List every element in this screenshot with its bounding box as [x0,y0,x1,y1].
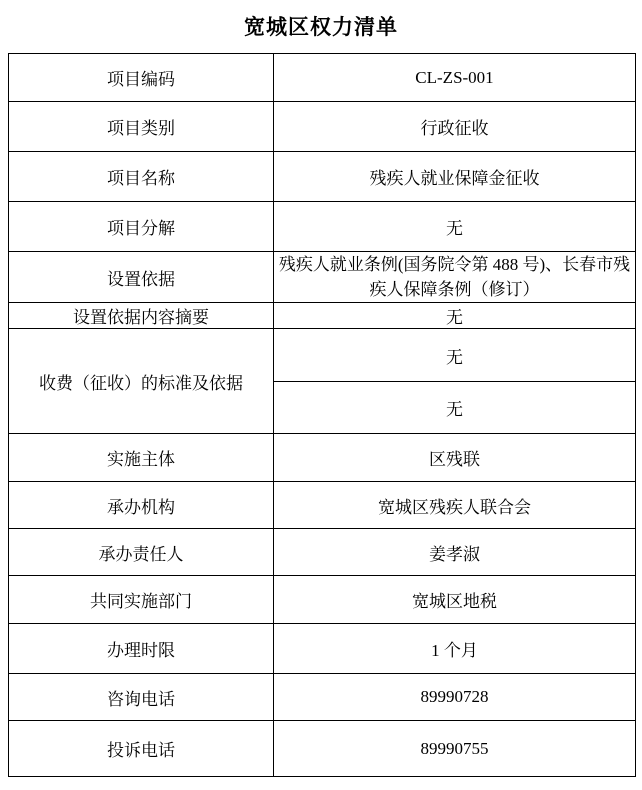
page-title: 宽城区权力清单 [0,0,642,40]
table-row: 项目分解 无 [9,202,636,252]
row-value: 宽城区残疾人联合会 [274,482,636,529]
row-label: 项目名称 [9,152,274,202]
row-value: 无 [274,382,636,434]
row-label: 投诉电话 [9,721,274,777]
row-value: 89990728 [274,674,636,721]
row-label: 承办机构 [9,482,274,529]
document-page: 宽城区权力清单 项目编码 CL-ZS-001 项目类别 行政征收 项目名称 残疾… [0,0,642,790]
row-value: 残疾人就业条例(国务院令第 488 号)、长春市残疾人保障条例（修订） [274,252,636,303]
row-value: 残疾人就业保障金征收 [274,152,636,202]
row-label: 办理时限 [9,624,274,674]
row-label: 设置依据 [9,252,274,303]
table-row: 项目编码 CL-ZS-001 [9,54,636,102]
table-row: 共同实施部门 宽城区地税 [9,576,636,624]
table-row: 项目类别 行政征收 [9,102,636,152]
row-value: 89990755 [274,721,636,777]
table-row: 项目名称 残疾人就业保障金征收 [9,152,636,202]
table-row: 承办机构 宽城区残疾人联合会 [9,482,636,529]
table-row: 收费（征收）的标准及依据 无 [9,329,636,382]
row-value: 姜孝淑 [274,529,636,576]
row-label: 项目类别 [9,102,274,152]
table-row: 实施主体 区残联 [9,434,636,482]
row-value: 区残联 [274,434,636,482]
row-label: 承办责任人 [9,529,274,576]
table-row: 办理时限 1 个月 [9,624,636,674]
row-value: CL-ZS-001 [274,54,636,102]
row-value: 无 [274,329,636,382]
table-row: 设置依据内容摘要 无 [9,303,636,329]
row-value: 行政征收 [274,102,636,152]
row-label: 项目编码 [9,54,274,102]
row-label: 咨询电话 [9,674,274,721]
power-list-table: 项目编码 CL-ZS-001 项目类别 行政征收 项目名称 残疾人就业保障金征收… [8,53,636,777]
row-label: 设置依据内容摘要 [9,303,274,329]
table-row: 咨询电话 89990728 [9,674,636,721]
row-value: 无 [274,202,636,252]
row-label: 收费（征收）的标准及依据 [9,329,274,434]
table-row: 设置依据 残疾人就业条例(国务院令第 488 号)、长春市残疾人保障条例（修订） [9,252,636,303]
row-label: 项目分解 [9,202,274,252]
row-value: 1 个月 [274,624,636,674]
row-value: 无 [274,303,636,329]
table-row: 承办责任人 姜孝淑 [9,529,636,576]
row-label: 实施主体 [9,434,274,482]
table-row: 投诉电话 89990755 [9,721,636,777]
row-label: 共同实施部门 [9,576,274,624]
row-value: 宽城区地税 [274,576,636,624]
